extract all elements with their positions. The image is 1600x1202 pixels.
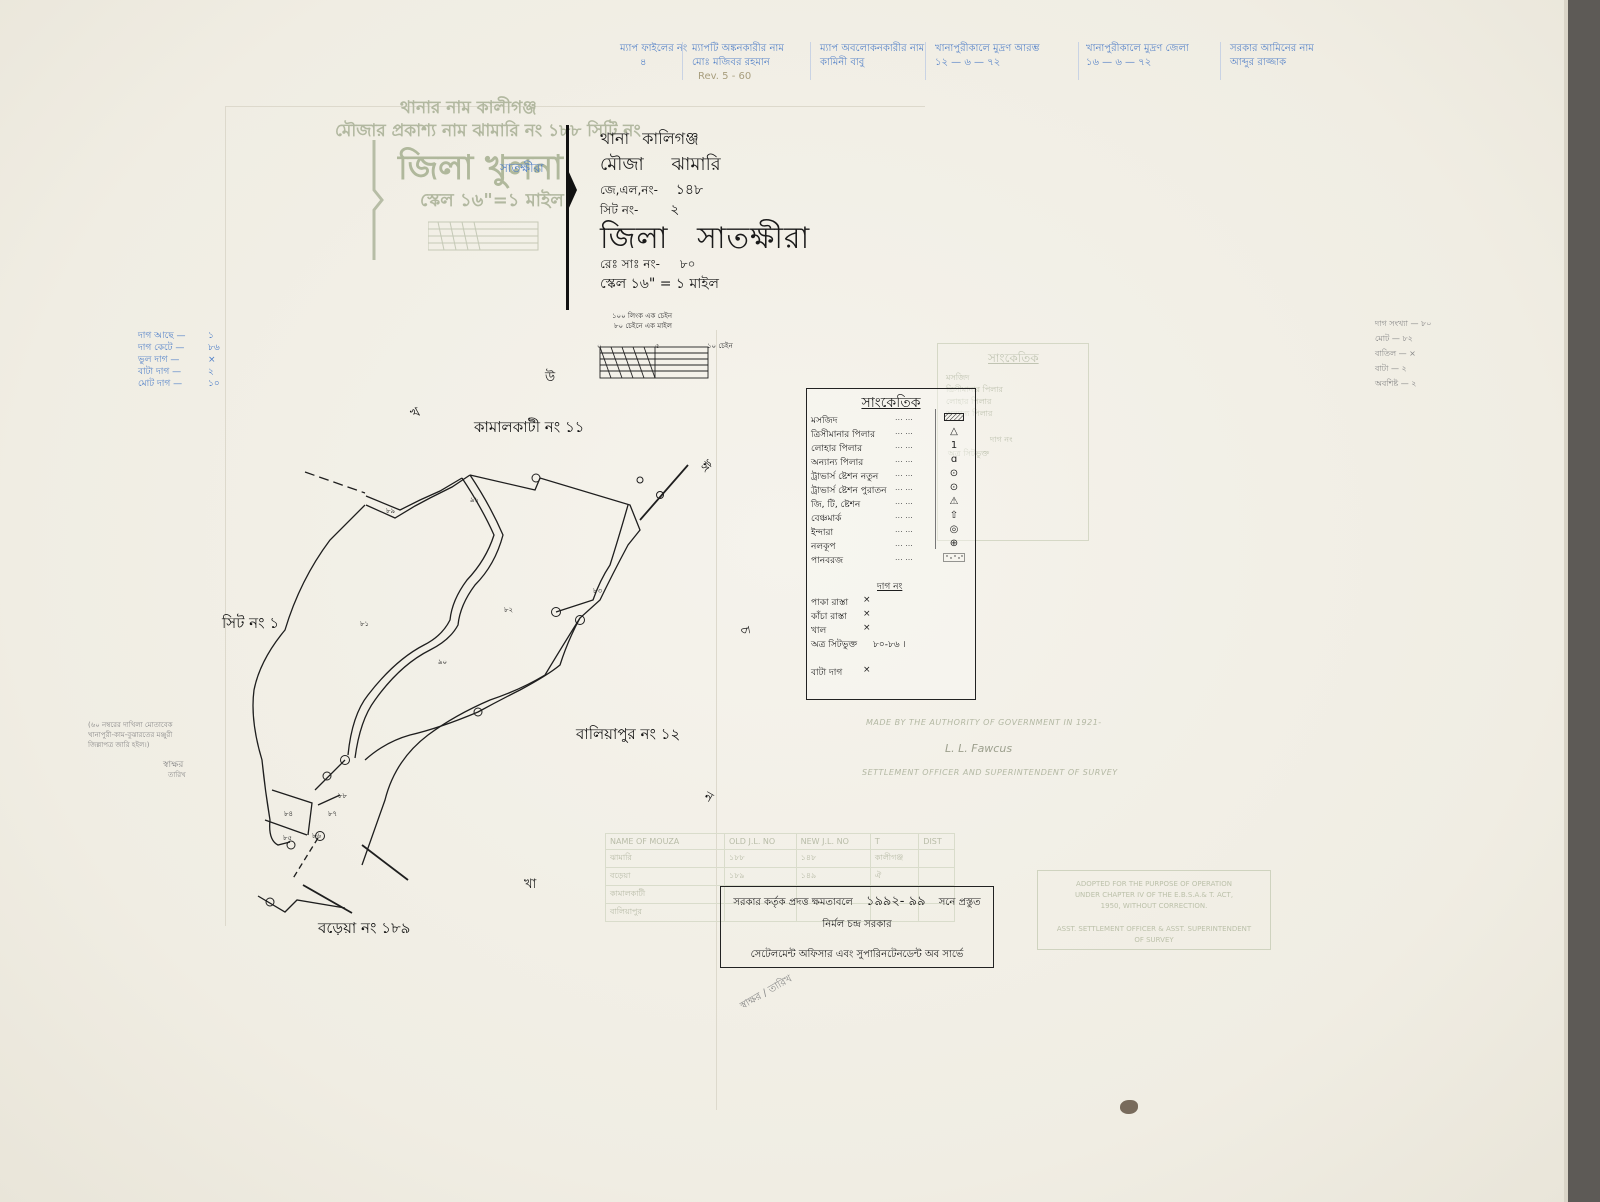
table-header-row: NAME OF MOUZA OLD J.L. NO NEW J.L. NO T … — [606, 834, 955, 850]
table-row: ঝামারি ১৮৮ ১৪৮ কালীগঞ্জ — [606, 850, 955, 868]
plot-number: ৮৮ — [338, 790, 347, 802]
table-row: বড়েয়া ১৮৯ ১৪৯ ঐ — [606, 868, 955, 886]
south-neighbor-label: বড়েয়া নং ১৮৯ — [318, 917, 410, 942]
scan-edge — [1568, 0, 1600, 1202]
table-cell: ১৪৯ — [796, 868, 870, 886]
made-by-signature: L. L. Fawcus — [945, 742, 1012, 755]
east-neighbor-label: বালিয়াপুর নং ১২ — [576, 723, 680, 748]
certificate-years: ১৯৯২- ৯৯ — [866, 894, 925, 909]
table-header: NAME OF MOUZA — [606, 834, 725, 850]
made-by-designation: SETTLEMENT OFFICER AND SUPERINTENDENT OF… — [862, 768, 1118, 777]
adopted-line: OF SURVEY — [1038, 935, 1270, 946]
table-cell: ঝামারি — [606, 850, 725, 868]
mouza-boundary-drawing — [0, 0, 1568, 1202]
direction-north: উ — [545, 368, 555, 389]
table-cell — [919, 850, 955, 868]
plot-number: ৮৪ — [284, 808, 293, 820]
table-header: T — [870, 834, 918, 850]
table-header: NEW J.L. NO — [796, 834, 870, 850]
adopted-line: ASST. SETTLEMENT OFFICER & ASST. SUPERIN… — [1038, 924, 1270, 935]
table-cell: ১৮৯ — [725, 868, 797, 886]
plot-number: ৮৬ — [312, 830, 321, 842]
certificate-suffix: সনে প্রস্তুত — [939, 897, 981, 908]
certificate-officer: নির্মল চন্দ্র সরকার — [721, 917, 993, 934]
certificate-line-1: সরকার কর্তৃক প্রদত্ত ক্ষমতাবলে ১৯৯২- ৯৯ … — [721, 892, 993, 913]
west-neighbor-label: সিট নং ১ — [222, 612, 279, 637]
plot-number: ৮৩ — [593, 585, 602, 597]
table-cell — [919, 868, 955, 886]
adopted-line: ADOPTED FOR THE PURPOSE OF OPERATION — [1038, 879, 1270, 890]
direction-south: খা — [524, 875, 536, 896]
plot-number: ৮৭ — [328, 808, 337, 820]
plot-number: ৯১ — [470, 494, 479, 506]
north-neighbor-label: কামালকাটী নং ১১ — [474, 416, 584, 441]
certificate-box: সরকার কর্তৃক প্রদত্ত ক্ষমতাবলে ১৯৯২- ৯৯ … — [720, 886, 994, 968]
plot-number: ৮৯ — [386, 505, 395, 517]
table-cell: ১৮৮ — [725, 850, 797, 868]
table-cell: ঐ — [870, 868, 918, 886]
plot-number: ৮১ — [360, 618, 369, 630]
table-cell: কামালকাটী — [606, 886, 725, 904]
table-cell: বড়েয়া — [606, 868, 725, 886]
certificate-prefix: সরকার কর্তৃক প্রদত্ত ক্ষমতাবলে — [733, 897, 853, 908]
made-by-line: MADE BY THE AUTHORITY OF GOVERNMENT IN 1… — [866, 718, 1102, 727]
ink-stain — [1120, 1100, 1138, 1114]
table-cell: বালিয়াপুর — [606, 904, 725, 922]
adopted-line: UNDER CHAPTER IV OF THE E.B.S.A.& T. ACT… — [1038, 890, 1270, 901]
adopted-line: 1950, WITHOUT CORRECTION. — [1038, 901, 1270, 912]
table-header: DIST — [919, 834, 955, 850]
table-header: OLD J.L. NO — [725, 834, 797, 850]
table-cell: কালীগঞ্জ — [870, 850, 918, 868]
map-sheet: ম্যাপ ফাইলের নং ৪ ম্যাপটি অঙ্কনকারীর নাম… — [0, 0, 1568, 1202]
table-cell: ১৪৮ — [796, 850, 870, 868]
certificate-designation: সেটেলমেন্ট অফিসার এবং সুপারিনটেনডেন্ট অব… — [721, 947, 993, 964]
plot-number: ৯০ — [438, 656, 447, 668]
plot-number: ৮৫ — [283, 832, 292, 844]
adopted-box: ADOPTED FOR THE PURPOSE OF OPERATION UND… — [1037, 870, 1271, 950]
plot-number: ৮২ — [504, 604, 513, 616]
